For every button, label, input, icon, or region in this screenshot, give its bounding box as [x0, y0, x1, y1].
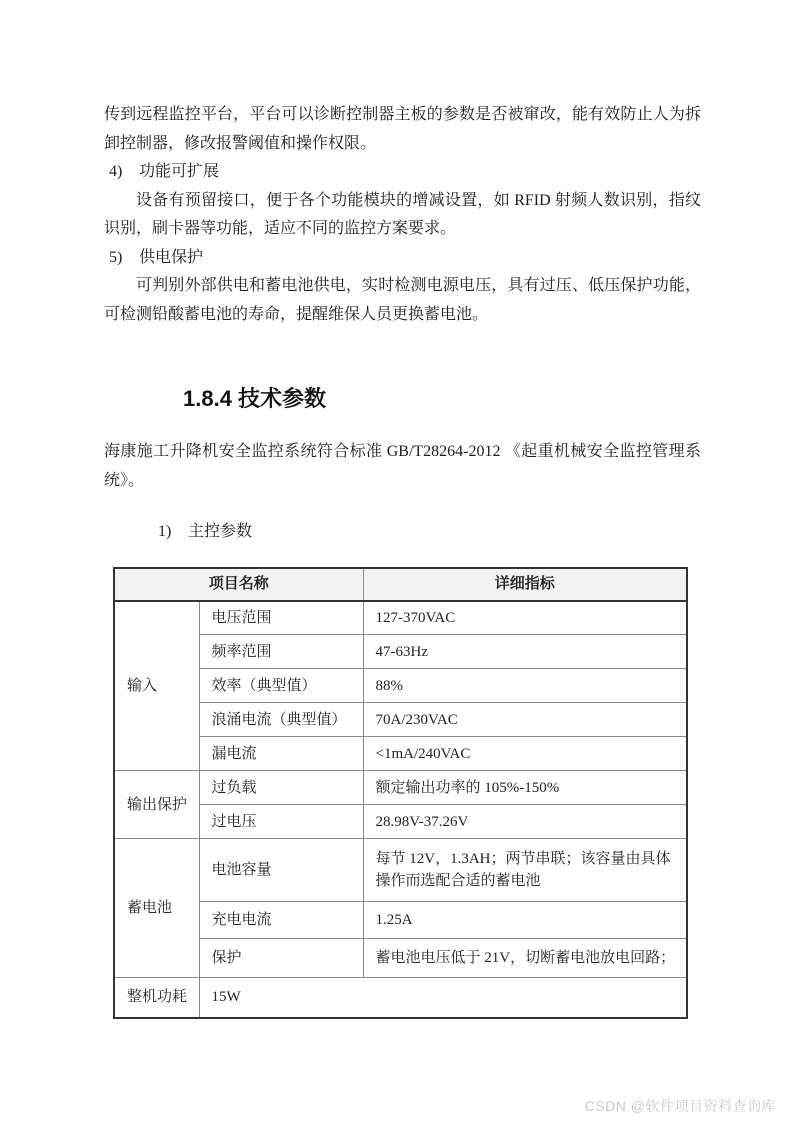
item-name-cell: 效率（典型值）: [199, 669, 363, 703]
item-value-cell: 额定输出功率的 105%-150%: [363, 771, 687, 805]
section-heading-1-8-4: 1.8.4 技术参数: [183, 387, 701, 411]
list-item-4-number: 4): [109, 158, 139, 187]
section-intro-paragraph: 海康施工升降机安全监控系统符合标准 GB/T28264-2012 《起重机械安全…: [104, 438, 701, 495]
item-value-cell: <1mA/240VAC: [363, 737, 687, 771]
item-value-cell: 蓄电池电压低于 21V，切断蓄电池放电回路；: [363, 939, 687, 978]
sub-list-item-1: 1)主控参数: [153, 518, 701, 547]
group-cell-input: 输入: [114, 601, 199, 771]
list-item-4: 4)功能可扩展: [104, 158, 701, 187]
spec-table: 项目名称 详细指标 输入 电压范围 127-370VAC 频率范围 47-63H…: [113, 567, 688, 1019]
table-row: 过电压 28.98V-37.26V: [114, 805, 687, 839]
paragraph-continuation: 传到远程监控平台，平台可以诊断控制器主板的参数是否被窜改，能有效防止人为拆卸控制…: [104, 101, 701, 158]
column-header-detail: 详细指标: [363, 568, 687, 601]
item-name-cell: 浪涌电流（典型值）: [199, 703, 363, 737]
paragraph-item4-body: 设备有预留接口，便于各个功能模块的增减设置，如 RFID 射频人数识别，指纹识别…: [104, 187, 701, 244]
table-row: 频率范围 47-63Hz: [114, 635, 687, 669]
list-item-5-title: 供电保护: [139, 249, 203, 266]
table-row: 输入 电压范围 127-370VAC: [114, 601, 687, 635]
table-row: 保护 蓄电池电压低于 21V，切断蓄电池放电回路；: [114, 939, 687, 978]
item-name-cell: 电池容量: [199, 839, 363, 902]
item-name-cell: 过负载: [199, 771, 363, 805]
csdn-watermark: CSDN @软件项目资料查询库: [585, 1096, 776, 1116]
list-item-5: 5)供电保护: [104, 244, 701, 273]
table-row: 蓄电池 电池容量 每节 12V，1.3AH；两节串联；该容量由具体操作而选配合适…: [114, 839, 687, 902]
item-name-cell: 频率范围: [199, 635, 363, 669]
item-name-cell: 充电电流: [199, 902, 363, 939]
table-row: 充电电流 1.25A: [114, 902, 687, 939]
table-row: 输出保护 过负载 额定输出功率的 105%-150%: [114, 771, 687, 805]
group-cell-total-power: 整机功耗: [114, 978, 199, 1018]
paragraph-item5-body: 可判别外部供电和蓄电池供电，实时检测电源电压，具有过压、低压保护功能，可检测铅酸…: [104, 272, 701, 329]
table-header-row: 项目名称 详细指标: [114, 568, 687, 601]
item-name-cell: 电压范围: [199, 601, 363, 635]
table-row: 整机功耗 15W: [114, 978, 687, 1018]
item-value-cell: 47-63Hz: [363, 635, 687, 669]
document-page: 传到远程监控平台，平台可以诊断控制器主板的参数是否被窜改，能有效防止人为拆卸控制…: [0, 0, 800, 1132]
item-value-cell: 每节 12V，1.3AH；两节串联；该容量由具体操作而选配合适的蓄电池: [363, 839, 687, 902]
item-value-cell: 70A/230VAC: [363, 703, 687, 737]
table-row: 浪涌电流（典型值） 70A/230VAC: [114, 703, 687, 737]
group-cell-output-protection: 输出保护: [114, 771, 199, 839]
group-cell-battery: 蓄电池: [114, 839, 199, 978]
table-row: 效率（典型值） 88%: [114, 669, 687, 703]
item-value-cell: 127-370VAC: [363, 601, 687, 635]
table-row: 漏电流 <1mA/240VAC: [114, 737, 687, 771]
sub-list-item-1-number: 1): [158, 518, 188, 547]
list-item-4-title: 功能可扩展: [139, 163, 219, 180]
item-value-cell: 88%: [363, 669, 687, 703]
item-name-cell: 过电压: [199, 805, 363, 839]
sub-list-item-1-title: 主控参数: [188, 523, 252, 540]
item-name-cell: 漏电流: [199, 737, 363, 771]
page-content: 传到远程监控平台，平台可以诊断控制器主板的参数是否被窜改，能有效防止人为拆卸控制…: [104, 101, 701, 1019]
item-value-cell-merged: 15W: [199, 978, 687, 1018]
column-header-item-name: 项目名称: [114, 568, 363, 601]
item-name-cell: 保护: [199, 939, 363, 978]
item-value-cell: 1.25A: [363, 902, 687, 939]
list-item-5-number: 5): [109, 244, 139, 273]
item-value-cell: 28.98V-37.26V: [363, 805, 687, 839]
